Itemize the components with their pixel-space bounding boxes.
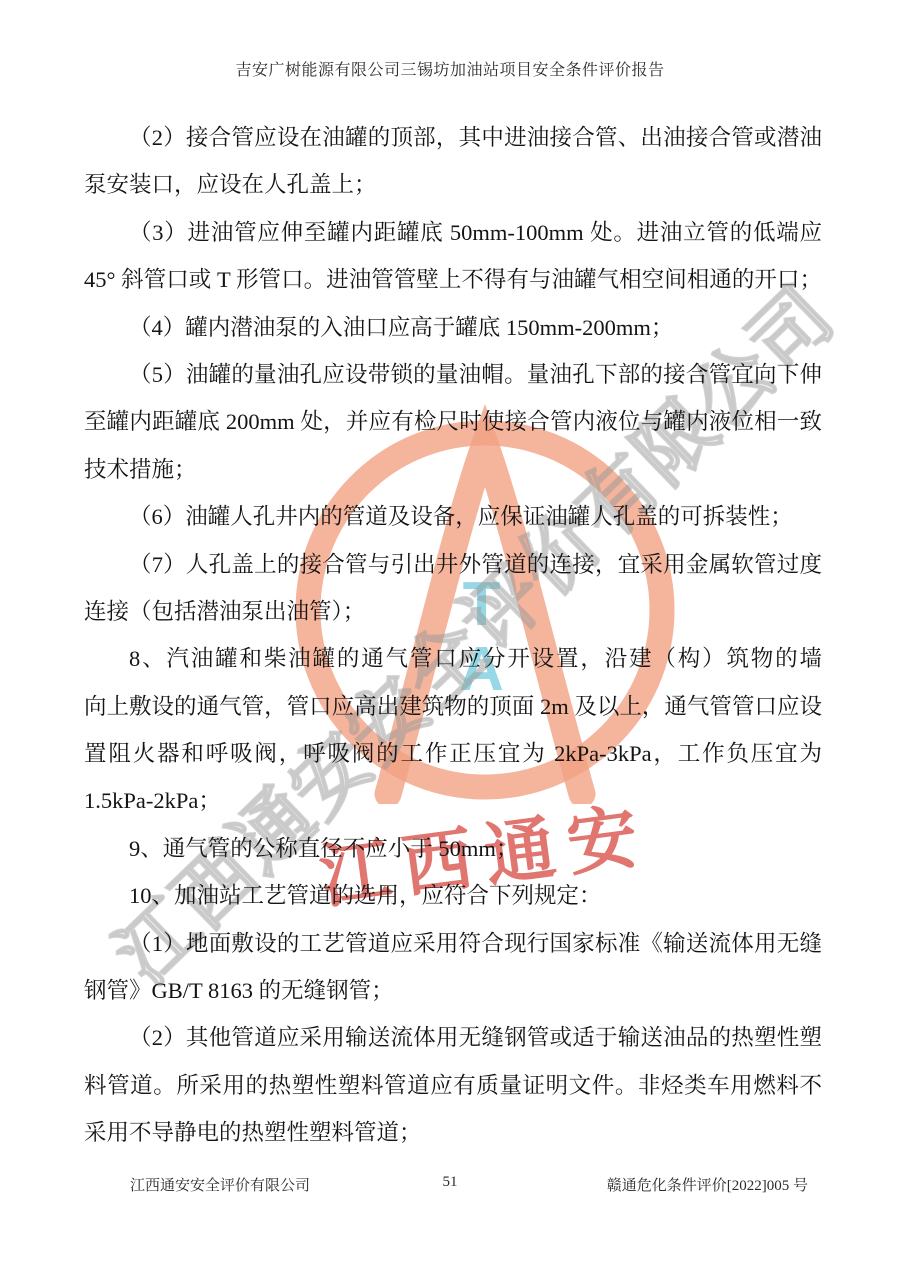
text-line: 钢管》GB/T 8163 的无缝钢管； (84, 967, 822, 1014)
page-header: 吉安广树能源有限公司三锡坊加油站项目安全条件评价报告 (0, 57, 900, 80)
document-page: TA 江西通安安全评价有限公司 江西通安 吉安广树能源有限公司三锡坊加油站项目安… (0, 0, 900, 1272)
text-line: 连接（包括潜油泵出油管）； (84, 588, 822, 635)
text-line: 采用不导静电的热塑性塑料管道； (84, 1109, 822, 1156)
text-line: （2）接合管应设在油罐的顶部，其中进油接合管、出油接合管或潜油 (84, 114, 822, 161)
text-line: 料管道。所采用的热塑性塑料管道应有质量证明文件。非烃类车用燃料不得 (84, 1062, 822, 1109)
document-body: （2）接合管应设在油罐的顶部，其中进油接合管、出油接合管或潜油 泵安装口，应设在… (84, 114, 822, 1157)
text-line: 10、加油站工艺管道的选用，应符合下列规定： (84, 872, 822, 919)
text-line: 向上敷设的通气管，管口应高出建筑物的顶面 2m 及以上，通气管管口应设 (84, 683, 822, 730)
text-line: （6）油罐人孔井内的管道及设备，应保证油罐人孔盖的可拆装性； (84, 493, 822, 540)
header-title: 吉安广树能源有限公司三锡坊加油站项目安全条件评价报告 (235, 62, 664, 79)
text-line: （5）油罐的量油孔应设带锁的量油帽。量油孔下部的接合管宜向下伸 (84, 351, 822, 398)
page-footer: 江西通安安全评价有限公司 51 赣通危化条件评价[2022]005 号 (0, 1174, 900, 1196)
text-line: 1.5kPa-2kPa； (84, 777, 822, 824)
text-line: 至罐内距罐底 200mm 处，并应有检尺时使接合管内液位与罐内液位相一致的 (84, 398, 822, 445)
text-line: 45° 斜管口或 T 形管口。进油管管壁上不得有与油罐气相空间相通的开口； (84, 256, 822, 303)
text-line: 技术措施； (84, 446, 822, 493)
text-line: （2）其他管道应采用输送流体用无缝钢管或适于输送油品的热塑性塑 (84, 1014, 822, 1061)
text-line: （3）进油管应伸至罐内距罐底 50mm-100mm 处。进油立管的低端应为 (84, 209, 822, 256)
text-line: （1）地面敷设的工艺管道应采用符合现行国家标准《输送流体用无缝 (84, 920, 822, 967)
text-line: 8、汽油罐和柴油罐的通气管口应分开设置，沿建（构）筑物的墙（柱） (84, 635, 822, 682)
footer-doc-number: 赣通危化条件评价[2022]005 号 (607, 1174, 808, 1195)
text-line: （7）人孔盖上的接合管与引出井外管道的连接，宜采用金属软管过度 (84, 541, 822, 588)
text-line: 泵安装口，应设在人孔盖上； (84, 161, 822, 208)
text-line: 9、通气管的公称直径不应小于 50mm； (84, 825, 822, 872)
text-line: （4）罐内潜油泵的入油口应高于罐底 150mm-200mm； (84, 304, 822, 351)
text-line: 置阻火器和呼吸阀，呼吸阀的工作正压宜为 2kPa-3kPa，工作负压宜为 (84, 730, 822, 777)
